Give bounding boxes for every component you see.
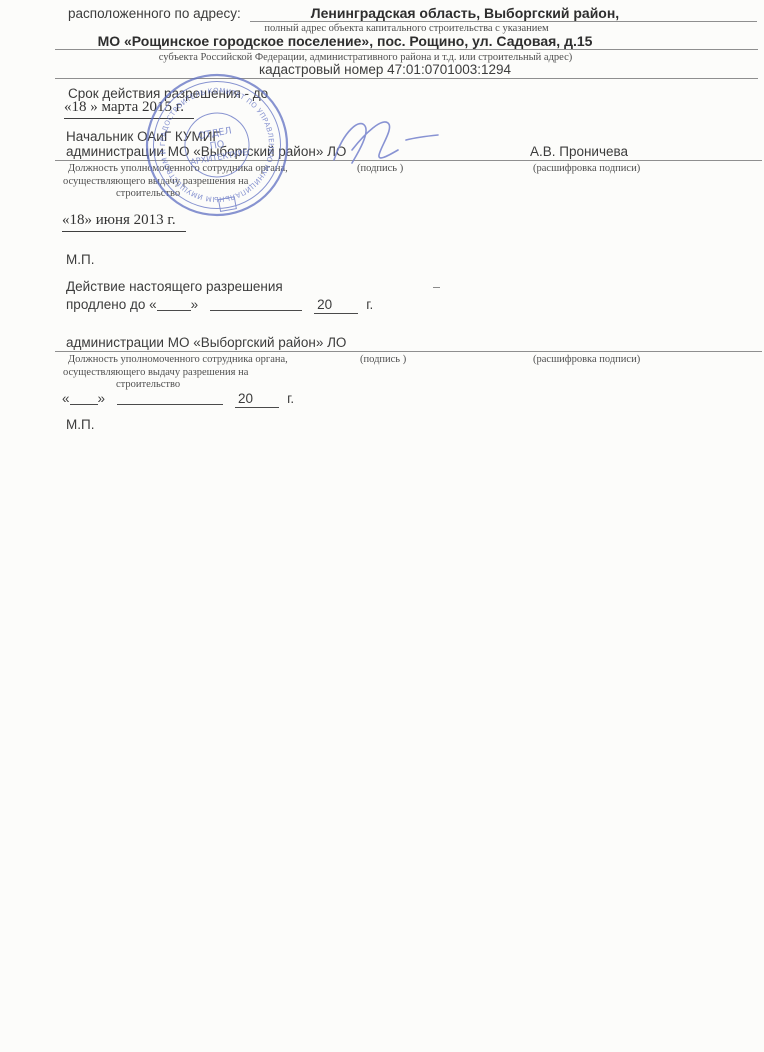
extension-line1: Действие настоящего разрешения (66, 279, 283, 294)
extension-month-blank (210, 298, 302, 311)
signature-caption-2: (подпись ) (360, 354, 406, 367)
address-underline-1 (250, 21, 757, 22)
extension-year: 20 (314, 297, 358, 314)
extension-year-suffix: г. (366, 297, 373, 312)
decipher-caption-2: (расшифровка подписи) (533, 354, 640, 367)
extension-day-blank (157, 298, 191, 311)
scan-speck (433, 287, 440, 288)
date-quote-open: « (62, 391, 70, 406)
date-year-suffix: г. (287, 391, 294, 406)
position-caption-l1: Должность уполномоченного сотрудника орг… (68, 354, 288, 367)
round-stamp: КОМИТЕТ ПО УПРАВЛЕНИЮ МУНИЦИПАЛЬНЫМ ИМУЩ… (130, 58, 304, 232)
position-caption-l2: осуществляющего выдачу разрешения на (63, 367, 288, 380)
date-year: 20 (235, 391, 279, 408)
address-value-line1: Ленинградская область, Выборгский район, (250, 5, 680, 21)
seal-mark-2: М.П. (66, 417, 94, 432)
extension-quote-close: » (191, 297, 199, 312)
extension-line2: продлено до «»20г. (66, 296, 373, 314)
handwritten-signature (328, 112, 488, 168)
cadastral-number: кадастровый номер 47:01:0701003:1294 (55, 62, 715, 77)
signature-row-underline-2 (55, 351, 762, 352)
decipher-caption-1: (расшифровка подписи) (533, 163, 640, 176)
seal-mark-1: М.П. (66, 252, 94, 267)
address-label: расположенного по адресу: (68, 6, 241, 21)
extension-date-blank-line: «»20г. (62, 390, 294, 408)
extension-org-line: администрации МО «Выборгский район» ЛО (66, 335, 346, 350)
date-quote-close: » (98, 391, 106, 406)
scanned-document-page: расположенного по адресу: Ленинградская … (0, 0, 764, 1052)
address-underline-2 (55, 49, 758, 50)
date-month-blank (117, 392, 223, 405)
position-caption-block-2: Должность уполномоченного сотрудника орг… (68, 354, 288, 392)
address-value-line2: МО «Рощинское городское поселение», пос.… (0, 33, 690, 49)
date-day-blank (70, 392, 98, 405)
extension-prefix: продлено до « (66, 297, 157, 312)
signature-stroke (334, 122, 438, 163)
official-name: А.В. Проничева (530, 144, 628, 159)
